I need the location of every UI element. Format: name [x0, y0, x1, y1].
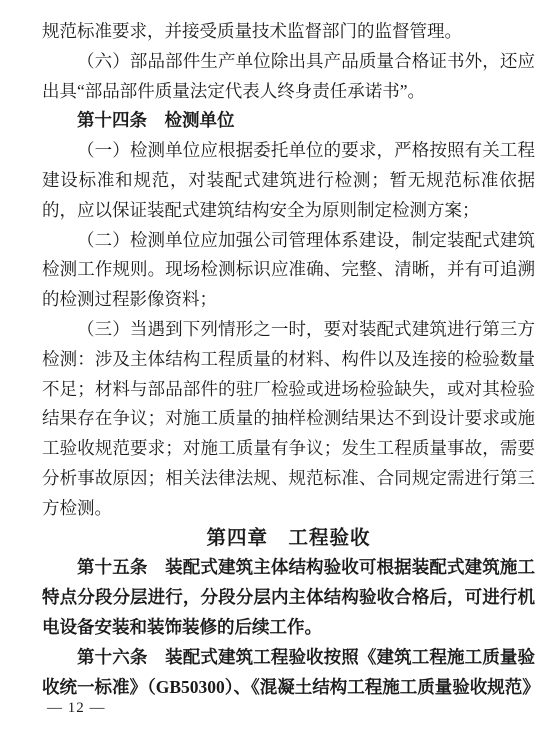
paragraph-item-1: （一）检测单位应根据委托单位的要求，严格按照有关工程建设标准和规范，对装配式建筑… [42, 136, 535, 225]
chapter-4-heading: 第四章 工程验收 [42, 524, 535, 554]
article-16-paragraph: 第十六条 装配式建筑工程验收按照《建筑工程施工质量验收统一标准》（GB50300… [42, 643, 535, 703]
page-number: — 12 — [47, 699, 106, 717]
paragraph-item-3: （三）当遇到下列情形之一时，要对装配式建筑进行第三方检测：涉及主体结构工程质量的… [42, 315, 535, 524]
article-15-paragraph: 第十五条 装配式建筑主体结构验收可根据装配式建筑施工特点分段分层进行，分段分层内… [42, 553, 535, 642]
paragraph-continuation: 规范标准要求，并接受质量技术监督部门的监督管理。 [42, 17, 535, 47]
document-page: 规范标准要求，并接受质量技术监督部门的监督管理。 （六）部品部件生产单位除出具产… [0, 0, 550, 747]
paragraph-item-2: （二）检测单位应加强公司管理体系建设，制定装配式建筑检测工作规则。现场检测标识应… [42, 226, 535, 315]
paragraph-item-6: （六）部品部件生产单位除出具产品质量合格证书外，还应出具“部品部件质量法定代表人… [42, 47, 535, 107]
article-14-heading: 第十四条 检测单位 [42, 106, 535, 136]
